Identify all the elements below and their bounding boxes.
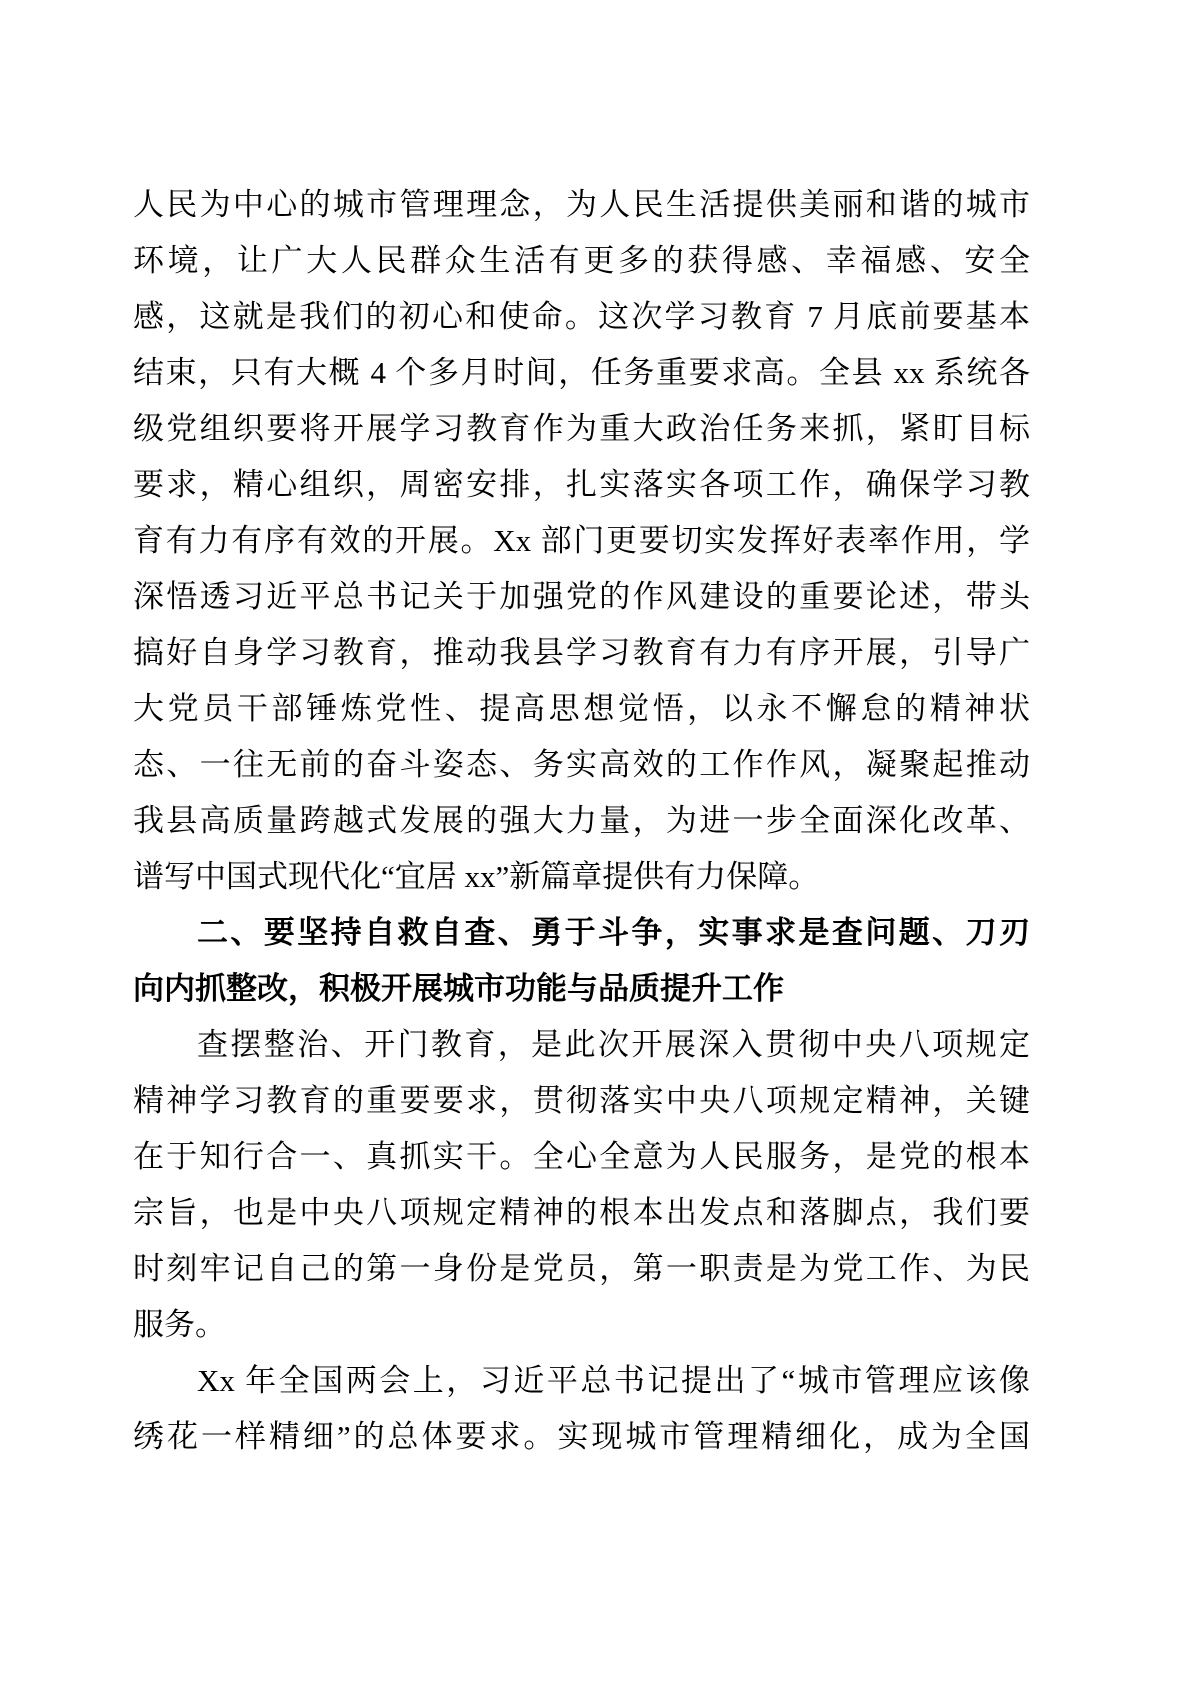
document-page: 人民为中心的城市管理理念，为人民生活提供美丽和谐的城市环境，让广大人民群众生活有… xyxy=(0,0,1190,1683)
text-line: 服务。 xyxy=(133,1297,1030,1353)
text-line: 人民为中心的城市管理理念，为人民生活提供美丽和谐的城市 xyxy=(133,177,1030,233)
text-line: 搞好自身学习教育，推动我县学习教育有力有序开展，引导广 xyxy=(133,625,1030,681)
section-heading: 二、要坚持自救自查、勇于斗争，实事求是查问题、刀刃向内抓整改，积极开展城市功能与… xyxy=(133,905,1030,1017)
text-line: 我县高质量跨越式发展的强大力量，为进一步全面深化改革、 xyxy=(133,793,1030,849)
text-line: Xx 年全国两会上，习近平总书记提出了“城市管理应该像 xyxy=(133,1353,1030,1409)
text-block: 人民为中心的城市管理理念，为人民生活提供美丽和谐的城市环境，让广大人民群众生活有… xyxy=(133,177,1030,1465)
text-line: 谱写中国式现代化“宜居 xx”新篇章提供有力保障。 xyxy=(133,849,1030,905)
paragraph-continued: 人民为中心的城市管理理念，为人民生活提供美丽和谐的城市环境，让广大人民群众生活有… xyxy=(133,177,1030,905)
text-line: 态、一往无前的奋斗姿态、务实高效的工作作风，凝聚起推动 xyxy=(133,737,1030,793)
text-line: 感，这就是我们的初心和使命。这次学习教育 7 月底前要基本 xyxy=(133,289,1030,345)
paragraph: Xx 年全国两会上，习近平总书记提出了“城市管理应该像绣花一样精细”的总体要求。… xyxy=(133,1353,1030,1465)
paragraph: 查摆整治、开门教育，是此次开展深入贯彻中央八项规定精神学习教育的重要要求，贯彻落… xyxy=(133,1017,1030,1353)
text-line: 向内抓整改，积极开展城市功能与品质提升工作 xyxy=(133,961,1030,1017)
text-line: 深悟透习近平总书记关于加强党的作风建设的重要论述，带头 xyxy=(133,569,1030,625)
text-line: 绣花一样精细”的总体要求。实现城市管理精细化，成为全国 xyxy=(133,1409,1030,1465)
text-line: 育有力有序有效的开展。Xx 部门更要切实发挥好表率作用，学 xyxy=(133,513,1030,569)
text-line: 要求，精心组织，周密安排，扎实落实各项工作，确保学习教 xyxy=(133,457,1030,513)
text-line: 二、要坚持自救自查、勇于斗争，实事求是查问题、刀刃 xyxy=(133,905,1030,961)
text-line: 结束，只有大概 4 个多月时间，任务重要求高。全县 xx 系统各 xyxy=(133,345,1030,401)
text-line: 环境，让广大人民群众生活有更多的获得感、幸福感、安全 xyxy=(133,233,1030,289)
text-line: 宗旨，也是中央八项规定精神的根本出发点和落脚点，我们要 xyxy=(133,1185,1030,1241)
text-line: 精神学习教育的重要要求，贯彻落实中央八项规定精神，关键 xyxy=(133,1073,1030,1129)
text-line: 在于知行合一、真抓实干。全心全意为人民服务，是党的根本 xyxy=(133,1129,1030,1185)
text-line: 查摆整治、开门教育，是此次开展深入贯彻中央八项规定 xyxy=(133,1017,1030,1073)
text-line: 级党组织要将开展学习教育作为重大政治任务来抓，紧盯目标 xyxy=(133,401,1030,457)
text-line: 大党员干部锤炼党性、提高思想觉悟，以永不懈怠的精神状 xyxy=(133,681,1030,737)
text-line: 时刻牢记自己的第一身份是党员，第一职责是为党工作、为民 xyxy=(133,1241,1030,1297)
